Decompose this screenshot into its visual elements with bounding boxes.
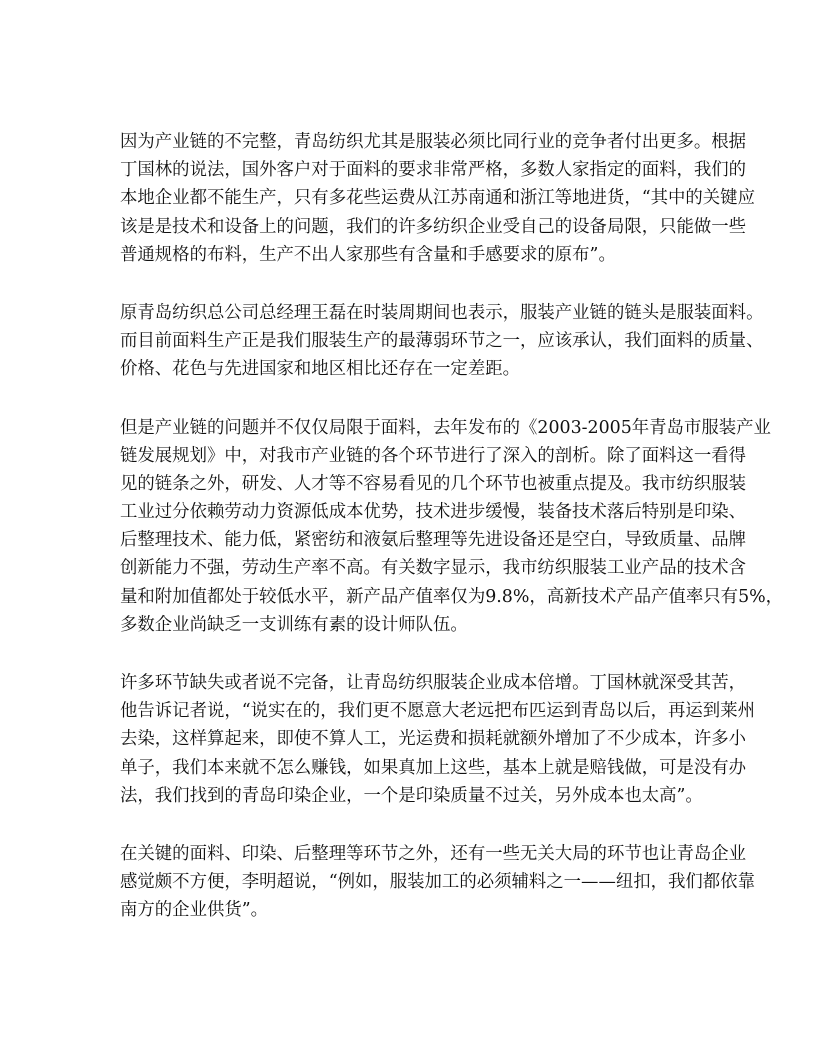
text-line: 原青岛纺织总公司总经理王磊在时装周期间也表示，服装产业链的链头是服装面料。 bbox=[120, 299, 698, 327]
text-line: 在关键的面料、印染、后整理等环节之外，还有一些无关大局的环节也让青岛企业 bbox=[120, 840, 698, 868]
text-line: 多数企业尚缺乏一支训练有素的设计师队伍。 bbox=[120, 611, 698, 639]
text-line: 后整理技术、能力低，紧密纺和液氨后整理等先进设备还是空白，导致质量、品牌 bbox=[120, 526, 698, 554]
text-line: 量和附加值都处于较低水平，新产品产值率仅为9.8%，高新技术产品产值率只有5%， bbox=[120, 583, 698, 611]
text-line: 链发展规划》中，对我市产业链的各个环节进行了深入的剖析。除了面料这一看得 bbox=[120, 442, 698, 470]
paragraph-5: 在关键的面料、印染、后整理等环节之外，还有一些无关大局的环节也让青岛企业 感觉颇… bbox=[120, 840, 698, 925]
paragraph-4: 许多环节缺失或者说不完备，让青岛纺织服装企业成本倍增。丁国林就深受其苦， 他告诉… bbox=[120, 669, 698, 810]
text-line: 见的链条之外，研发、人才等不容易看见的几个环节也被重点提及。我市纺织服装 bbox=[120, 470, 698, 498]
text-line: 许多环节缺失或者说不完备，让青岛纺织服装企业成本倍增。丁国林就深受其苦， bbox=[120, 669, 698, 697]
document-page: 因为产业链的不完整，青岛纺织尤其是服装必须比同行业的竞争者付出更多。根据 丁国林… bbox=[120, 128, 698, 955]
text-line: 因为产业链的不完整，青岛纺织尤其是服装必须比同行业的竞争者付出更多。根据 bbox=[120, 128, 698, 156]
text-line: 法，我们找到的青岛印染企业，一个是印染质量不过关，另外成本也太高”。 bbox=[120, 782, 698, 810]
text-line: 该是是技术和设备上的问题，我们的许多纺织企业受自己的设备局限，只能做一些 bbox=[120, 213, 698, 241]
text-line: 但是产业链的问题并不仅仅局限于面料，去年发布的《2003-2005年青岛市服装产… bbox=[120, 414, 698, 442]
text-line: 丁国林的说法，国外客户对于面料的要求非常严格，多数人家指定的面料，我们的 bbox=[120, 156, 698, 184]
text-line: 去染，这样算起来，即使不算人工，光运费和损耗就额外增加了不少成本，许多小 bbox=[120, 725, 698, 753]
text-line: 普通规格的布料，生产不出人家那些有含量和手感要求的原布”。 bbox=[120, 241, 698, 269]
text-line: 他告诉记者说，“说实在的，我们更不愿意大老远把布匹运到青岛以后，再运到莱州 bbox=[120, 697, 698, 725]
text-line: 本地企业都不能生产，只有多花些运费从江苏南通和浙江等地进货，“其中的关键应 bbox=[120, 184, 698, 212]
paragraph-1: 因为产业链的不完整，青岛纺织尤其是服装必须比同行业的竞争者付出更多。根据 丁国林… bbox=[120, 128, 698, 269]
text-line: 而目前面料生产正是我们服装生产的最薄弱环节之一，应该承认，我们面料的质量、 bbox=[120, 327, 698, 355]
paragraph-2: 原青岛纺织总公司总经理王磊在时装周期间也表示，服装产业链的链头是服装面料。 而目… bbox=[120, 299, 698, 384]
text-line: 创新能力不强，劳动生产率不高。有关数字显示，我市纺织服装工业产品的技术含 bbox=[120, 554, 698, 582]
text-line: 工业过分依赖劳动力资源低成本优势，技术进步缓慢，装备技术落后特别是印染、 bbox=[120, 498, 698, 526]
text-line: 南方的企业供货”。 bbox=[120, 896, 698, 924]
text-line: 感觉颇不方便，李明超说，“例如，服装加工的必须辅料之一——纽扣，我们都依靠 bbox=[120, 868, 698, 896]
text-line: 单子，我们本来就不怎么赚钱，如果真加上这些，基本上就是赔钱做，可是没有办 bbox=[120, 754, 698, 782]
paragraph-3: 但是产业链的问题并不仅仅局限于面料，去年发布的《2003-2005年青岛市服装产… bbox=[120, 414, 698, 640]
text-line: 价格、花色与先进国家和地区相比还存在一定差距。 bbox=[120, 355, 698, 383]
